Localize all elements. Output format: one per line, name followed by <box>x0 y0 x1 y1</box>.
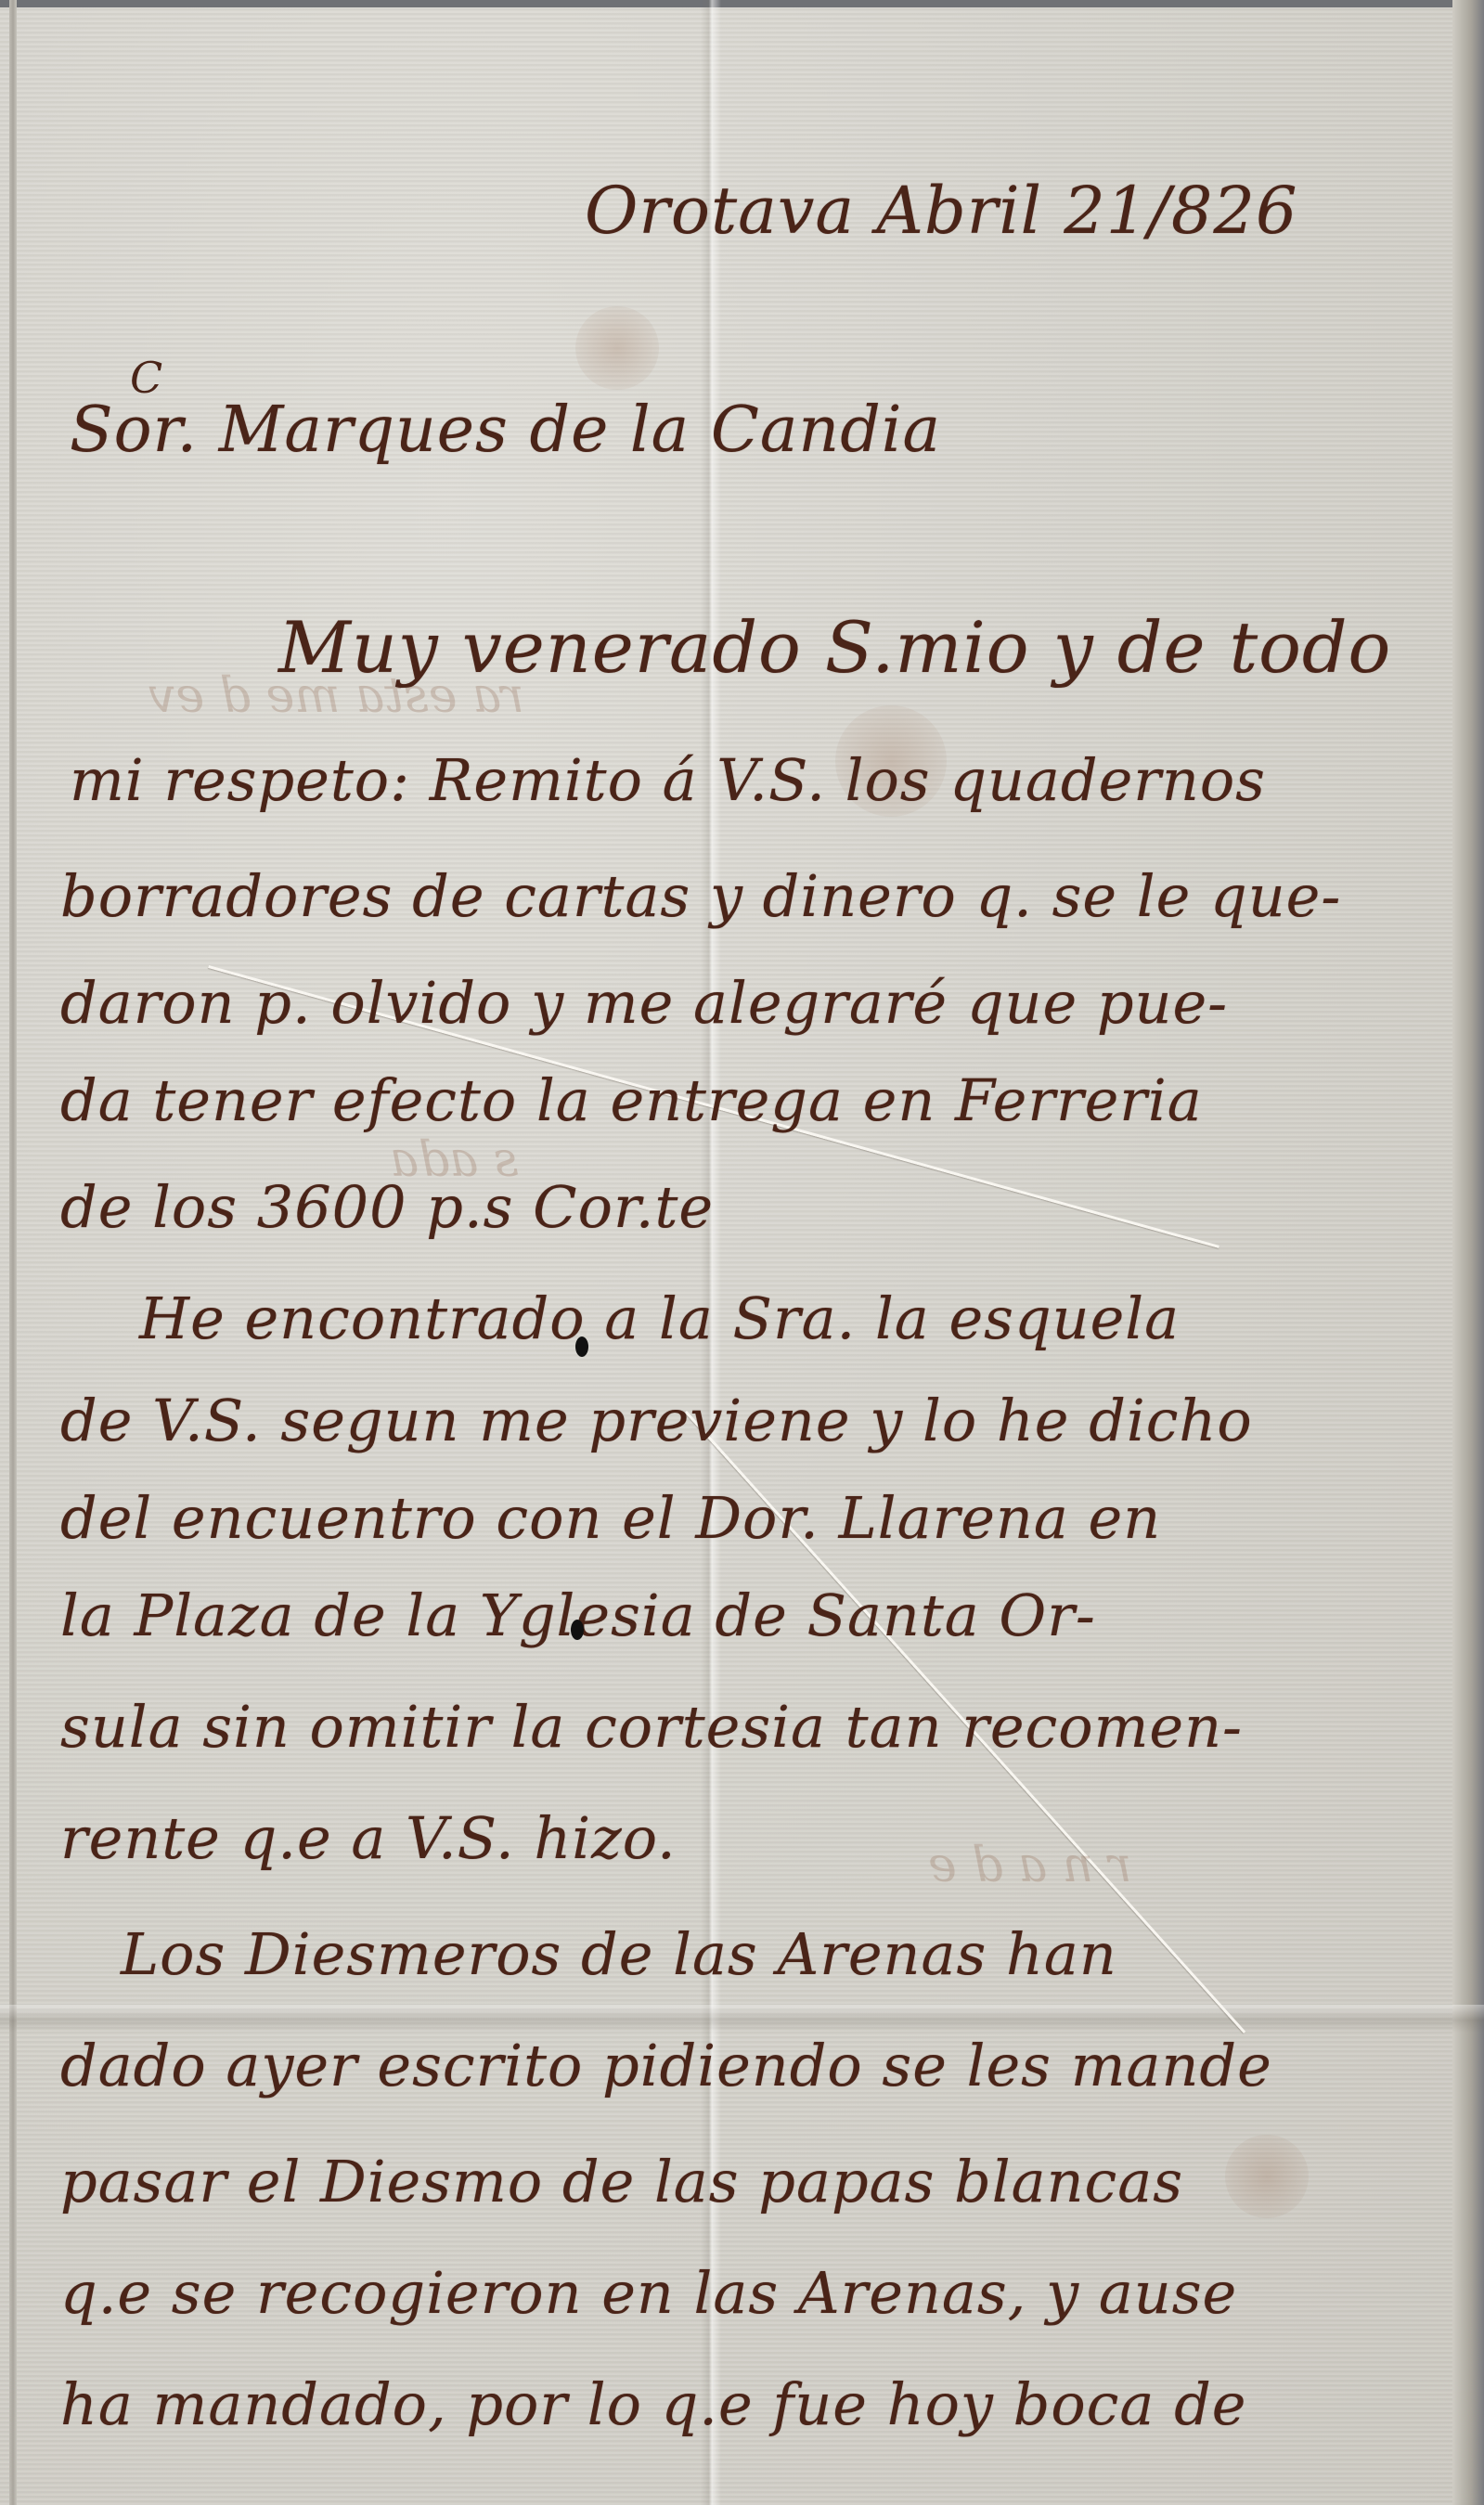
left-fold-edge <box>9 0 17 2505</box>
body-line: q.e se recogieron en las Arenas, y ause <box>60 2265 1237 2322</box>
body-line: del encuentro con el Dor. Llarena en <box>60 1490 1161 1547</box>
ink-blot <box>571 1620 584 1640</box>
body-line: da tener efecto la entrega en Ferreria <box>60 1072 1203 1130</box>
body-line: He encontrado a la Sra. la esquela <box>139 1290 1180 1348</box>
body-line: de los 3600 p.s Cor.te <box>60 1179 714 1236</box>
horizontal-fold-crease <box>0 2005 1484 2033</box>
body-line: pasar el Diesmo de las papas blancas <box>60 2153 1183 2211</box>
body-line: ha mandado, por lo q.e fue hoy boca de <box>60 2376 1246 2434</box>
body-line: dado ayer escrito pidiendo se les mande <box>60 2037 1272 2095</box>
body-line: borradores de cartas y dinero q. se le q… <box>60 868 1341 925</box>
body-line: rente q.e a V.S. hizo. <box>60 1810 677 1867</box>
salutation: Sor. Marques de la Candia <box>70 399 941 462</box>
letter-sheet: ra esta me d ev s ada r n a d e Orotava … <box>0 0 1484 2505</box>
body-line: de V.S. segun me previene y lo he dicho <box>60 1392 1253 1450</box>
bleed-through-text: r n a d e <box>928 1838 1132 1893</box>
vertical-fold-crease <box>701 0 721 2505</box>
body-line: daron p. olvido y me alegraré que pue- <box>60 975 1228 1032</box>
body-line: Muy venerado S.mio y de todo <box>278 613 1391 683</box>
body-line: mi respeto: Remito á V.S. los quadernos <box>70 752 1266 809</box>
ink-blot <box>575 1336 588 1357</box>
body-line: Los Diesmeros de las Arenas han <box>121 1926 1117 1983</box>
date-line: Orotava Abril 21/826 <box>585 178 1298 243</box>
background-edge <box>0 0 1484 7</box>
body-line: sula sin omitir la cortesia tan recomen- <box>60 1698 1243 1756</box>
ink-stain <box>575 306 659 390</box>
ink-stain <box>1225 2135 1309 2218</box>
right-paper-edge <box>1452 0 1484 2505</box>
